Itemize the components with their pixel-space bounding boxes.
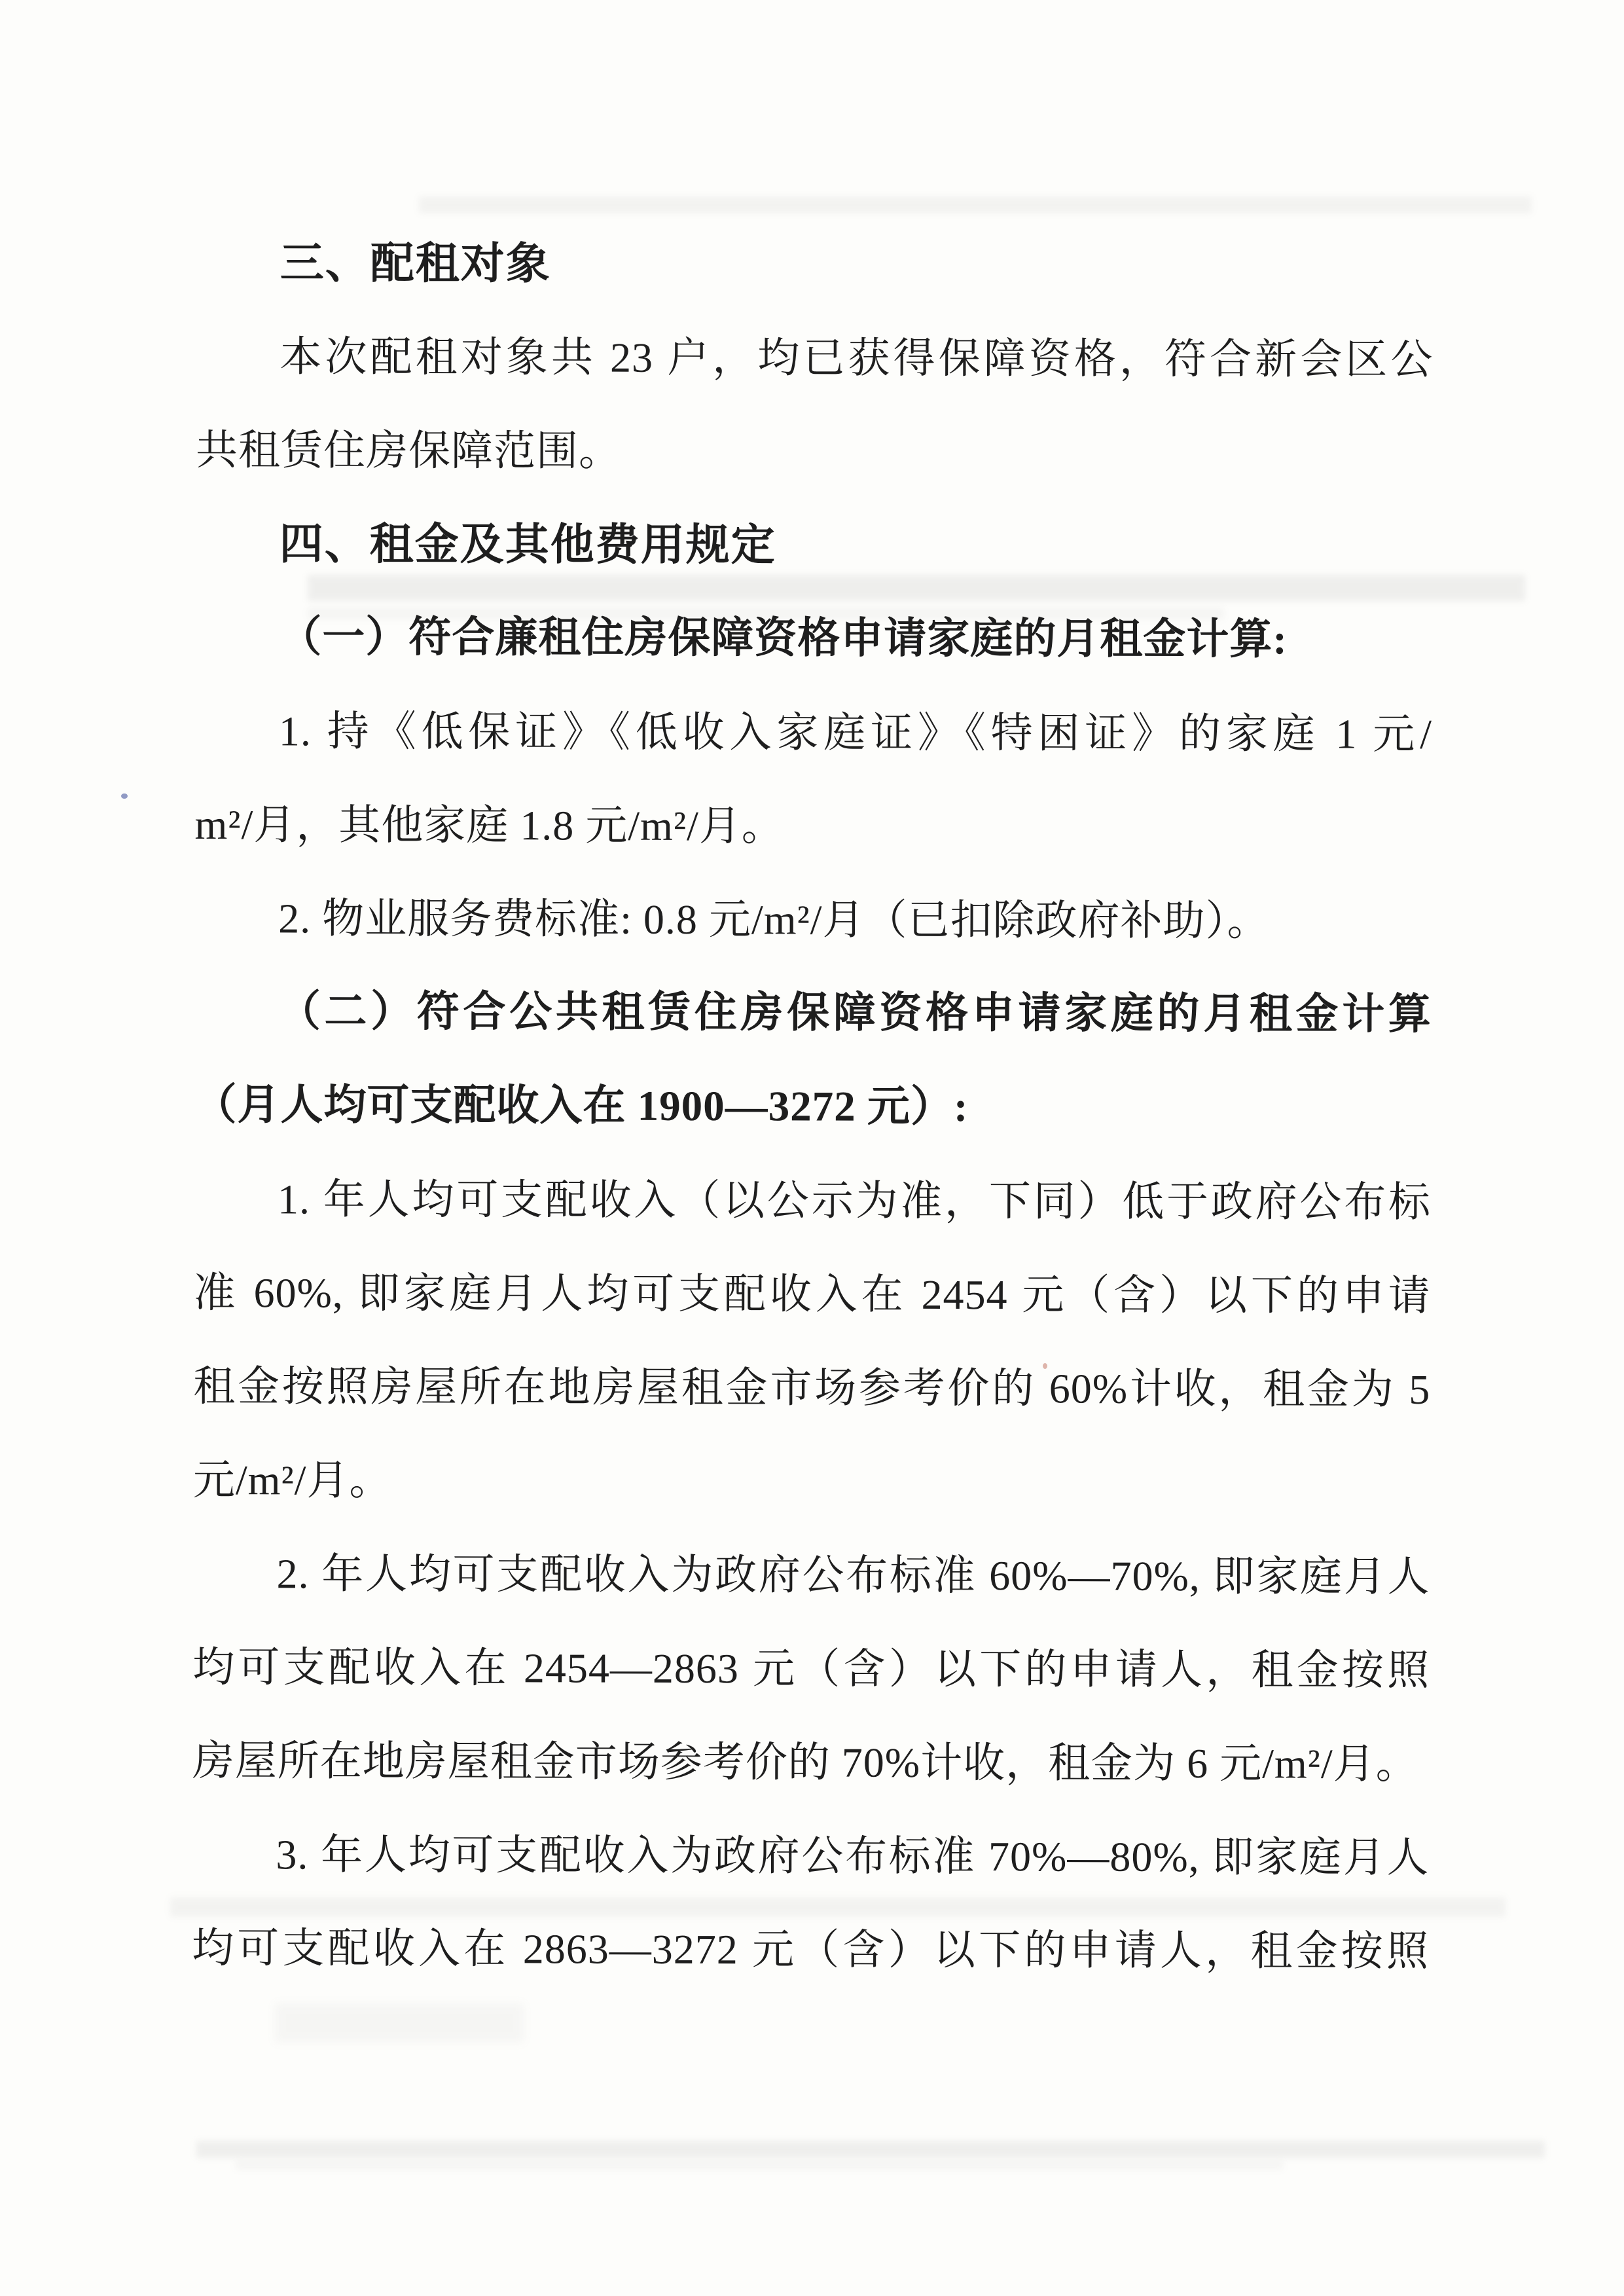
document-text-block: 三、配租对象 本次配租对象共 23 户，均已获得保障资格，符合新会区公 共租赁住…	[192, 216, 1434, 1998]
paragraph-line: 准 60%, 即家庭月人均可支配收入在 2454 元（含）以下的申请人，	[194, 1246, 1431, 1343]
ink-dot-blue	[121, 793, 128, 799]
paragraph-line: m²/月，其他家庭 1.8 元/m²/月。	[194, 778, 1432, 875]
heading-section-four: 四、租金及其他费用规定	[196, 497, 1433, 594]
paragraph-line: 房屋所在地房屋租金市场参考价的 70%计收，租金为 6 元/m²/月。	[192, 1714, 1430, 1811]
paragraph-line: 均可支配收入在 2863—3272 元（含）以下的申请人，租金按照	[192, 1901, 1429, 1998]
scanned-document-page: 三、配租对象 本次配租对象共 23 户，均已获得保障资格，符合新会区公 共租赁住…	[0, 0, 1624, 2296]
paragraph-line: 本次配租对象共 23 户，均已获得保障资格，符合新会区公	[196, 310, 1433, 407]
bleed-through-artifact	[236, 2160, 1283, 2170]
paragraph-line: 1. 年人均可支配收入（以公示为准，下同）低于政府公布标	[194, 1152, 1431, 1249]
subheading-item-one: （一）符合廉租住房保障资格申请家庭的月租金计算:	[195, 591, 1432, 687]
paragraph-line: 元/m²/月。	[193, 1433, 1430, 1530]
heading-section-three: 三、配租对象	[196, 216, 1434, 313]
paragraph-line: 1. 持《低保证》《低收入家庭证》《特困证》的家庭 1 元/	[195, 684, 1432, 781]
paragraph-line: 共租赁住房保障范围。	[196, 403, 1433, 500]
paragraph-line: 均可支配收入在 2454—2863 元（含）以下的申请人，租金按照	[192, 1620, 1430, 1717]
subheading-item-two-line-1: （二）符合公共租赁住房保障资格申请家庭的月租金计算	[194, 965, 1432, 1062]
paragraph-line: 3. 年人均可支配收入为政府公布标准 70%—80%, 即家庭月人	[192, 1808, 1429, 1904]
bleed-through-artifact	[196, 2141, 1545, 2158]
paragraph-line: 2. 物业服务费标准: 0.8 元/m²/月（已扣除政府补助）。	[194, 871, 1432, 968]
bleed-through-artifact	[419, 196, 1532, 213]
paragraph-line: 2. 年人均可支配收入为政府公布标准 60%—70%, 即家庭月人	[192, 1527, 1430, 1624]
subheading-item-two-line-2: （月人均可支配收入在 1900—3272 元）:	[194, 1059, 1431, 1156]
bleed-through-artifact	[275, 2003, 524, 2043]
paragraph-line: 租金按照房屋所在地房屋租金市场参考价的 60%计收，租金为 5	[193, 1339, 1430, 1436]
